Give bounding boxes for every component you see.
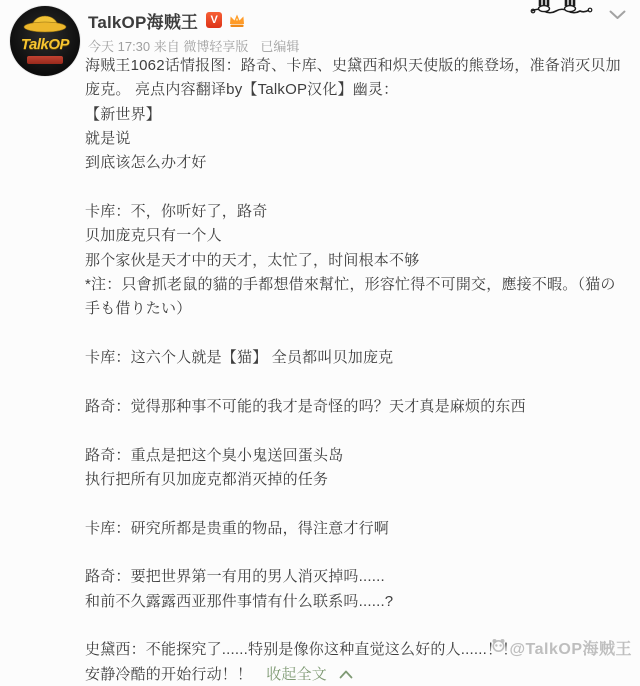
post-line: 路奇：要把世界第一有用的男人消灭掉吗...... bbox=[85, 565, 632, 589]
post-line: 路奇：重点是把这个臭小鬼送回蛋头岛 bbox=[85, 444, 632, 468]
post-line: *注：只會抓老鼠的貓的手都想借來幫忙，形容忙得不可開交，應接不暇。（猫の bbox=[85, 273, 632, 297]
header-name-row: TalkOP海贼王 V bbox=[88, 9, 246, 31]
post-line: 和前不久露露西亚那件事情有什么联系吗......? bbox=[85, 590, 632, 614]
timestamp-source: 今天 17:30 来自 微博轻享版 bbox=[88, 36, 248, 55]
post-line: 史黛西：不能探究了......特别是像你这种直觉这么好的人......！！ bbox=[85, 638, 632, 662]
post-last-text: 安静冷酷的开始行动！！ bbox=[85, 663, 252, 686]
vip-crown-icon[interactable] bbox=[228, 13, 246, 28]
post-menu-chevron-down-icon[interactable] bbox=[609, 7, 626, 25]
post-line bbox=[85, 370, 632, 394]
post-line: 卡库：研究所都是贵重的物品，得注意才行啊 bbox=[85, 517, 632, 541]
post-meta: 今天 17:30 来自 微博轻享版 已编辑 bbox=[88, 36, 299, 55]
post-line: 贝加庞克只有一个人 bbox=[85, 224, 632, 248]
post-lines: 海贼王1062话情报图：路奇、卡库、史黛西和炽天使版的熊登场，准备消灭贝加庞克。… bbox=[85, 54, 632, 663]
post-last-line: 安静冷酷的开始行动！！ 收起全文 bbox=[85, 663, 632, 686]
avatar-ribbon bbox=[27, 56, 63, 64]
edited-label: 已编辑 bbox=[260, 36, 299, 55]
post-line: 执行把所有贝加庞克都消灭掉的任务 bbox=[85, 468, 632, 492]
post-line bbox=[85, 614, 632, 638]
post-line: 手も借りたい） bbox=[85, 297, 632, 321]
post-content: 海贼王1062话情报图：路奇、卡库、史黛西和炽天使版的熊登场，准备消灭贝加庞克。… bbox=[85, 54, 632, 686]
post-line: 卡库：不，你听好了，路奇 bbox=[85, 200, 632, 224]
verified-v-badge[interactable]: V bbox=[206, 12, 222, 28]
avatar-logo-text: TalkOP bbox=[10, 36, 80, 53]
post-line: 到底该怎么办才好 bbox=[85, 151, 632, 175]
post-line bbox=[85, 541, 632, 565]
post-line: 就是说 bbox=[85, 127, 632, 151]
post-line bbox=[85, 419, 632, 443]
post-line: 【新世界】 bbox=[85, 103, 632, 127]
post-line: 卡库：这六个人就是【猫】 全员都叫贝加庞克 bbox=[85, 346, 632, 370]
post-line: 路奇：觉得那种事不可能的我才是奇怪的吗？天才真是麻烦的东西 bbox=[85, 395, 632, 419]
post-line bbox=[85, 176, 632, 200]
paws-over-wall-doodle-icon bbox=[530, 0, 594, 21]
post-line bbox=[85, 322, 632, 346]
username[interactable]: TalkOP海贼王 bbox=[88, 8, 198, 33]
post-line: 那个家伙是天才中的天才，太忙了，时间根本不够 bbox=[85, 249, 632, 273]
post-line bbox=[85, 492, 632, 516]
post-line: 海贼王1062话情报图：路奇、卡库、史黛西和炽天使版的熊登场，准备消灭贝加 bbox=[85, 54, 632, 78]
collapse-full-text-link[interactable]: 收起全文 bbox=[266, 663, 327, 686]
collapse-caret-up-icon[interactable] bbox=[339, 670, 353, 679]
post-line: 庞克。 亮点内容翻译by【TalkOP汉化】幽灵： bbox=[85, 78, 632, 102]
avatar[interactable]: TalkOP bbox=[10, 6, 80, 76]
